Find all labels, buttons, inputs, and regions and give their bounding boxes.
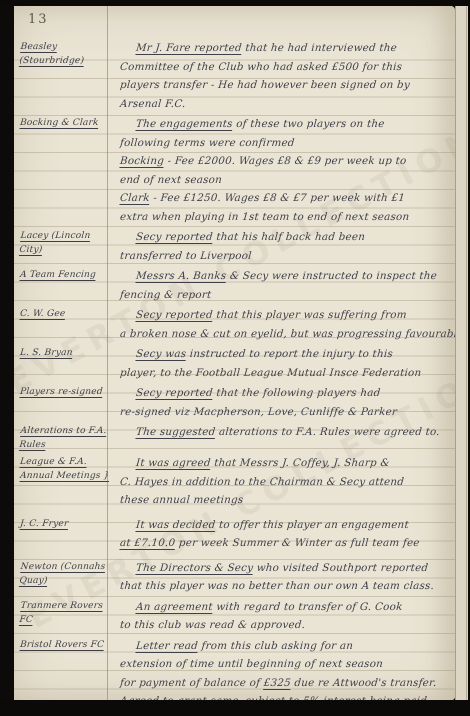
- margin-heading: Bocking & Clark: [20, 115, 112, 130]
- entry-body: The Directors & Secy who visited Southpo…: [112, 559, 445, 596]
- margin-heading-line: A Team Fencing: [19, 268, 112, 282]
- entry-text-line: transferred to Liverpool: [119, 247, 446, 266]
- entry-text-line: to this club was read & approved.: [119, 616, 446, 635]
- entry-body: Secy reported that his half back had bee…: [112, 228, 445, 265]
- photo-border-bottom: [0, 700, 470, 716]
- entry-text-line: Mr J. Fare reported that he had intervie…: [119, 39, 446, 58]
- entry-body: The engagements of these two players on …: [112, 115, 445, 226]
- entry-text-line: these annual meetings: [119, 491, 446, 510]
- minutes-entries: Beasley (Stourbridge) Mr J. Fare reporte…: [20, 39, 445, 713]
- entry-text-line: Committee of the Club who had asked £500…: [119, 58, 446, 77]
- margin-heading-line: Players re-signed: [19, 385, 112, 399]
- margin-heading-line: Bristol Rovers FC: [19, 638, 112, 652]
- entry-text-line: Messrs A. Banks & Secy were instructed t…: [119, 267, 446, 286]
- entry-body: It was decided to offer this player an e…: [112, 516, 445, 553]
- margin-heading-line: Lacey (Lincoln City): [19, 229, 113, 257]
- minute-entry: J. C. Fryer It was decided to offer this…: [20, 516, 445, 553]
- entry-text-line: Secy reported that his half back had bee…: [119, 228, 446, 247]
- entry-text-line: Clark - Fee £1250. Wages £8 & £7 per wee…: [119, 189, 446, 208]
- entry-body: It was agreed that Messrs J. Coffey, J. …: [112, 454, 445, 510]
- margin-heading-line: Alterations to F.A. Rules: [19, 424, 113, 452]
- entry-text-line: fencing & report: [119, 286, 446, 305]
- entry-body: Secy reported that the following players…: [112, 384, 445, 421]
- page-edge-line: [466, 6, 467, 700]
- minute-entry: Beasley (Stourbridge) Mr J. Fare reporte…: [20, 39, 445, 113]
- margin-heading: Newton (Connahs Quay): [20, 559, 112, 588]
- margin-heading: Alterations to F.A. Rules: [20, 423, 112, 452]
- minute-entry: Newton (Connahs Quay) The Directors & Se…: [20, 559, 445, 596]
- minute-entry: Alterations to F.A. Rules The suggested …: [20, 423, 445, 452]
- entry-text-line: Secy reported that this player was suffe…: [119, 306, 464, 325]
- entry-text-line: Bocking - Fee £2000. Wages £8 & £9 per w…: [119, 152, 446, 171]
- margin-heading-line: L. S. Bryan: [19, 346, 112, 360]
- page-number: 13: [28, 12, 49, 27]
- entry-text-line: An agreement with regard to transfer of …: [119, 598, 446, 617]
- minute-entry: A Team Fencing Messrs A. Banks & Secy we…: [20, 267, 445, 304]
- entry-text-line: a broken nose & cut on eyelid, but was p…: [119, 325, 464, 344]
- binding-shadow: [0, 0, 14, 716]
- entry-body: Messrs A. Banks & Secy were instructed t…: [112, 267, 445, 304]
- entry-text-line: It was agreed that Messrs J. Coffey, J. …: [119, 454, 446, 473]
- next-page-edge: [455, 6, 469, 700]
- margin-heading-line: League & F.A.: [19, 455, 112, 469]
- entry-text-line: The engagements of these two players on …: [119, 115, 446, 134]
- minute-entry: League & F.A.Annual Meetings } It was ag…: [20, 454, 445, 510]
- margin-heading-line: Annual Meetings }: [19, 469, 112, 483]
- entry-text-line: end of next season: [119, 171, 446, 190]
- scanned-minute-book-photo: EVERTON COLLECTION EVERTON COLLECTION 13…: [0, 0, 470, 716]
- entry-text-line: extension of time until beginning of nex…: [119, 655, 446, 674]
- ledger-page: EVERTON COLLECTION EVERTON COLLECTION 13…: [14, 6, 455, 700]
- margin-heading: Lacey (Lincoln City): [20, 228, 112, 257]
- entry-text-line: The suggested alterations to F.A. Rules …: [119, 423, 446, 442]
- margin-heading-line: Tranmere Rovers FC: [19, 599, 113, 627]
- margin-heading-line: Bocking & Clark: [19, 116, 112, 130]
- margin-heading-line: J. C. Fryer: [19, 517, 112, 531]
- margin-heading-line: Beasley (Stourbridge): [19, 40, 113, 68]
- entry-body: The suggested alterations to F.A. Rules …: [112, 423, 445, 442]
- minute-entry: Lacey (Lincoln City) Secy reported that …: [20, 228, 445, 265]
- margin-heading: L. S. Bryan: [20, 345, 112, 360]
- entry-text-line: following terms were confirmed: [119, 134, 446, 153]
- entry-body: Secy was instructed to report the injury…: [112, 345, 445, 382]
- margin-heading: C. W. Gee: [20, 306, 112, 321]
- margin-heading-line: C. W. Gee: [19, 307, 112, 321]
- margin-heading: Players re-signed: [20, 384, 112, 399]
- minute-entry: L. S. Bryan Secy was instructed to repor…: [20, 345, 445, 382]
- margin-heading: A Team Fencing: [20, 267, 112, 282]
- margin-heading-line: Newton (Connahs Quay): [19, 560, 113, 588]
- entry-text-line: Arsenal F.C.: [119, 95, 446, 114]
- minute-entry: Tranmere Rovers FC An agreement with reg…: [20, 598, 445, 635]
- margin-heading: Tranmere Rovers FC: [20, 598, 112, 627]
- entry-text-line: that this player was no better than our …: [119, 577, 446, 596]
- entry-text-line: at £7.10.0 per week Summer & Winter as f…: [119, 534, 446, 553]
- margin-heading: League & F.A.Annual Meetings }: [20, 454, 112, 483]
- margin-heading: Bristol Rovers FC: [20, 637, 112, 652]
- margin-heading: J. C. Fryer: [20, 516, 112, 531]
- entry-text-line: It was decided to offer this player an e…: [119, 516, 446, 535]
- entry-text-line: Letter read from this club asking for an: [119, 637, 446, 656]
- photo-border-top: [0, 0, 470, 6]
- entry-text-line: player, to the Football League Mutual In…: [119, 364, 446, 383]
- entry-text-line: for payment of balance of £325 due re At…: [119, 674, 446, 693]
- entry-text-line: re-signed viz Macpherson, Love, Cunliffe…: [119, 403, 446, 422]
- entry-body: Mr J. Fare reported that he had intervie…: [112, 39, 445, 113]
- minute-entry: Players re-signed Secy reported that the…: [20, 384, 445, 421]
- entry-text-line: Secy reported that the following players…: [119, 384, 446, 403]
- margin-heading: Beasley (Stourbridge): [20, 39, 112, 68]
- entry-body: Secy reported that this player was suffe…: [112, 306, 463, 343]
- entry-text-line: The Directors & Secy who visited Southpo…: [119, 559, 446, 578]
- entry-text-line: Secy was instructed to report the injury…: [119, 345, 446, 364]
- entry-text-line: extra when playing in 1st team to end of…: [119, 208, 446, 227]
- entry-body: An agreement with regard to transfer of …: [112, 598, 445, 635]
- entry-text-line: C. Hayes in addition to the Chairman & S…: [119, 473, 446, 492]
- minute-entry: Bocking & Clark The engagements of these…: [20, 115, 445, 226]
- entry-text-line: players transfer - He had however been s…: [119, 76, 446, 95]
- minute-entry: C. W. Gee Secy reported that this player…: [20, 306, 445, 343]
